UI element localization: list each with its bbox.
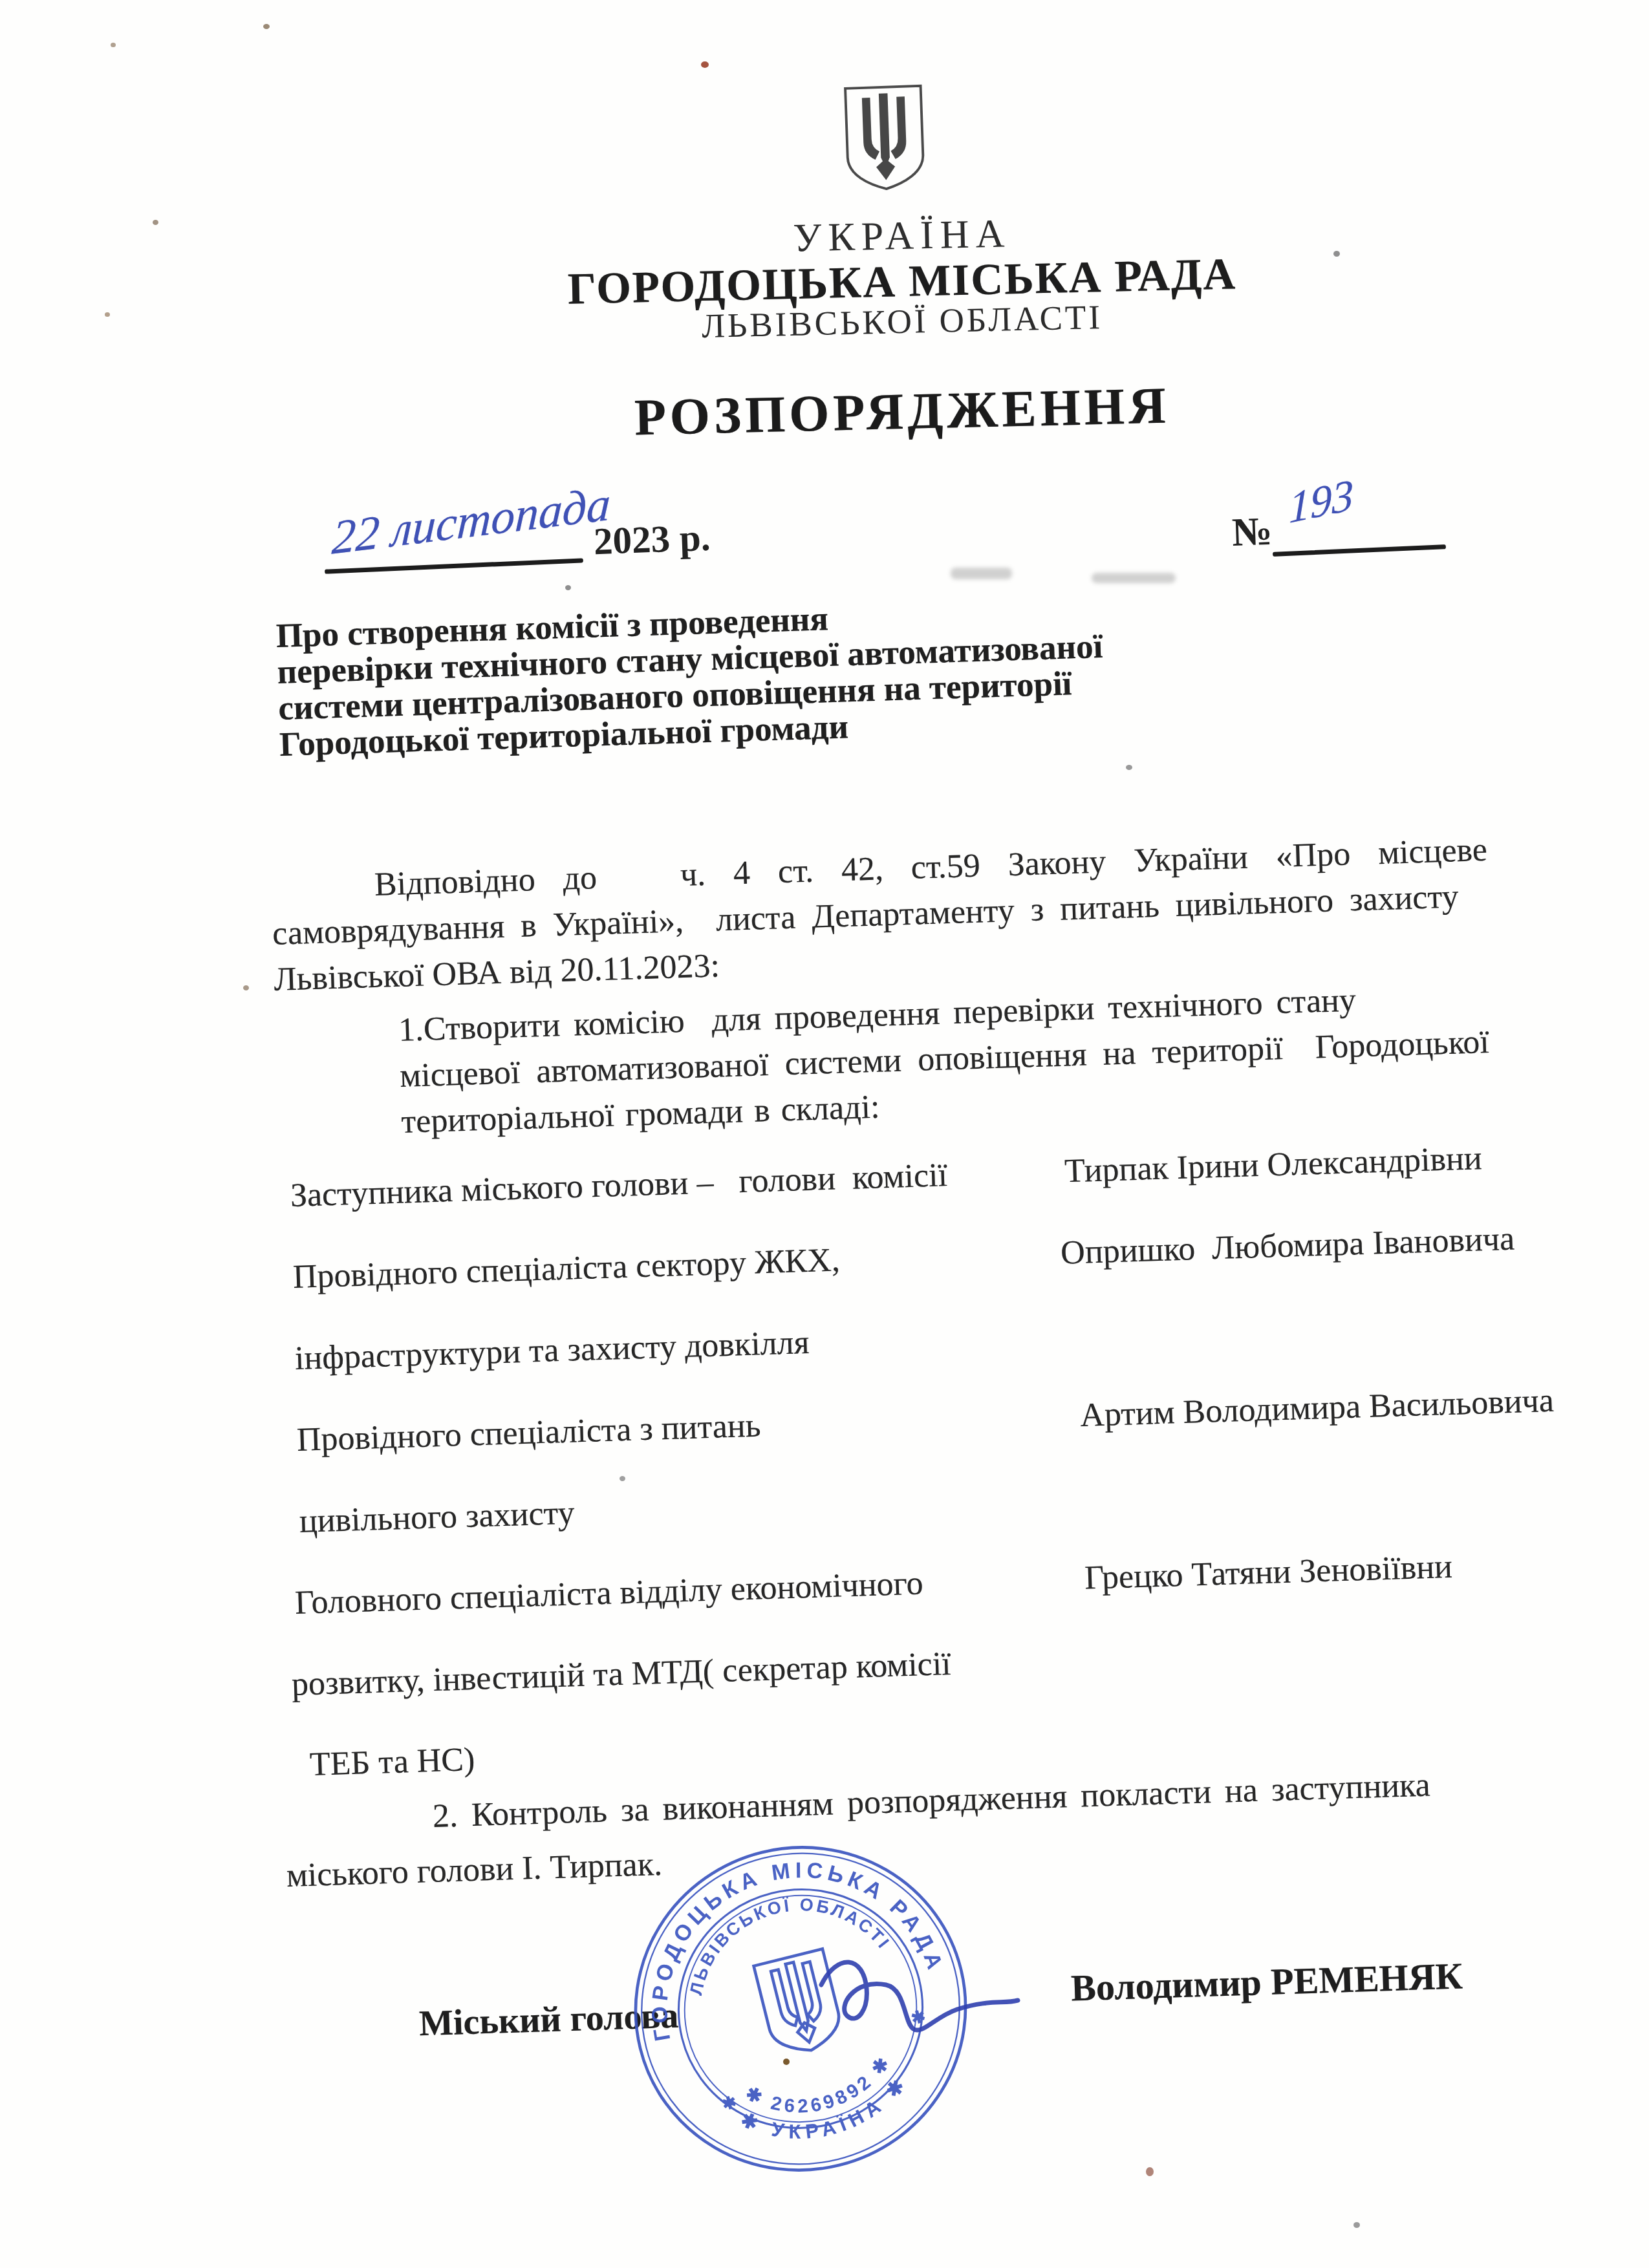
svg-text:✱ УКРАЇНА ✱: ✱ УКРАЇНА ✱	[733, 2068, 920, 2161]
commission-row: ТЕБ та НС)	[309, 1704, 1635, 1791]
scan-speck	[111, 43, 116, 47]
item-1-block: 1.Створити комісію для проведення переві…	[398, 973, 1491, 1145]
ukraine-trident-emblem-icon	[839, 80, 931, 195]
scan-speck	[1126, 765, 1132, 770]
commission-name: Грецко Татяни Зеновіївни	[1084, 1548, 1452, 1598]
scan-speck	[1333, 251, 1340, 257]
scan-speck	[1146, 2167, 1154, 2176]
commission-name: Тирпак Ірини Олександрівни	[1064, 1139, 1482, 1190]
date-year: 2023 р.	[593, 515, 711, 564]
commission-position: інфраструктури та захисту довкілля	[294, 1323, 810, 1378]
commission-name: Артим Володимира Васильовича	[1079, 1382, 1554, 1435]
handwritten-signature	[802, 1940, 1035, 2069]
commission-position: розвитку, інвестицій та МТД( секретар ко…	[291, 1645, 951, 1704]
commission-row: Головного спеціаліста відділу економічно…	[294, 1543, 1621, 1629]
commission-row: інфраструктури та захисту довкілля	[294, 1298, 1621, 1385]
document-type-title: РОЗПОРЯДЖЕННЯ	[206, 367, 1598, 458]
commission-row: Провідного спеціаліста сектору ЖКХ, Опри…	[292, 1217, 1619, 1303]
scan-speck	[263, 24, 270, 29]
number-underline	[1273, 544, 1446, 557]
handwritten-date: 22 листопада	[330, 476, 612, 566]
commission-position: Провідного спеціаліста сектору ЖКХ,	[292, 1241, 841, 1296]
commission-position: Заступника міського голови – голови комі…	[290, 1156, 948, 1215]
pencil-smudge	[951, 568, 1012, 579]
commission-position: Головного спеціаліста відділу економічно…	[294, 1564, 923, 1622]
stamp-star-icon: ✱	[720, 2092, 738, 2114]
signatory-name: Володимир РЕМЕНЯК	[1070, 1954, 1463, 2010]
number-label: №	[1231, 509, 1273, 556]
scanned-document-page: УКРАЇНА ГОРОДОЦЬКА МІСЬКА РАДА ЛЬВІВСЬКО…	[0, 0, 1649, 2268]
subject-block: Про створення комісії з проведення перев…	[275, 592, 1106, 763]
commission-row: Заступника міського голови – голови комі…	[290, 1135, 1616, 1222]
scan-speck	[783, 2059, 790, 2065]
scan-speck	[565, 585, 571, 590]
commission-position: ТЕБ та НС)	[309, 1740, 475, 1784]
commission-position: Провідного спеціаліста з питань	[296, 1406, 761, 1459]
scan-speck	[1353, 2222, 1360, 2228]
scan-speck	[620, 1476, 625, 1481]
commission-row: Провідного спеціаліста з питань Артим Во…	[296, 1380, 1622, 1466]
commission-position: цивільного захисту	[299, 1494, 575, 1541]
scan-speck	[153, 220, 158, 225]
handwritten-number: 193	[1289, 469, 1353, 535]
commission-row: цивільного захисту	[299, 1461, 1625, 1548]
scan-speck	[243, 985, 249, 990]
pencil-smudge	[1092, 573, 1176, 583]
commission-row: розвитку, інвестицій та МТД( секретар ко…	[291, 1624, 1617, 1711]
scan-speck	[105, 312, 110, 317]
scan-speck	[701, 61, 709, 68]
intro-paragraph: Відповідно до ч. 4 ст. 42, ст.59 Закону …	[270, 827, 1491, 1003]
stamp-country-text: ✱ УКРАЇНА ✱	[733, 2068, 920, 2161]
commission-name: Опришко Любомира Івановича	[1060, 1220, 1514, 1272]
